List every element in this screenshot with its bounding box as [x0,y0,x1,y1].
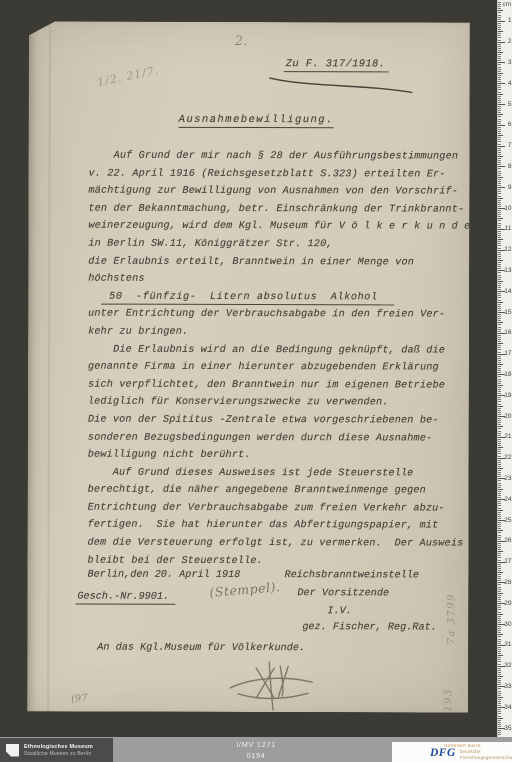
ruler-tick [498,52,503,53]
ruler-tick [498,709,501,710]
ruler-cm-number: 10 [504,205,511,212]
ruler-tick [498,614,503,615]
ruler-tick [498,406,503,407]
ruler-cm-number: 35 [504,725,511,732]
ruler-tick [498,428,501,429]
ruler-tick [498,362,501,363]
ruler-tick [498,108,501,109]
ruler-cm-number: 27 [504,558,511,565]
ruler-tick [498,48,501,49]
ruler-tick [498,659,501,660]
ruler-tick [498,468,503,469]
ruler-tick [498,166,505,167]
ruler-tick [498,732,501,733]
ruler-tick [498,664,501,665]
ruler-tick [498,123,501,124]
ruler-tick [498,206,501,207]
ruler-tick [498,691,501,692]
ruler-tick [498,412,501,413]
ruler-tick [498,560,501,561]
document-line: berechtigt, die näher angegebene Branntw… [88,482,480,501]
dfg-logo-box: Gefördert durch DFG Deutsche Forschungsg… [392,742,512,762]
ruler-tick [498,289,501,290]
ruler-cm-number: 33 [504,683,511,690]
ruler-tick [498,17,501,18]
ruler-tick [498,87,501,88]
ruler-tick [498,385,503,386]
ruler-cm-number: 26 [504,537,511,544]
ruler-tick [498,364,503,365]
ruler-tick [498,524,501,525]
ruler-tick [498,593,503,594]
ruler-tick [498,576,501,577]
ruler-tick [498,422,501,423]
ruler-tick [498,431,501,432]
ruler-tick [498,131,501,132]
ruler-tick [498,127,501,128]
ruler-tick [498,133,501,134]
ruler-tick [498,314,501,315]
ruler-tick [498,535,501,536]
ruler-tick [498,231,501,232]
ruler-tick [498,25,501,26]
ruler-tick [498,202,501,203]
stamp-note: (Stempel). [209,579,281,600]
ruler-tick [498,268,501,269]
museum-name: Ethnologisches Museum [24,744,93,750]
ruler-cm-number: 6 [508,121,512,128]
ruler-tick [498,618,501,619]
ruler-tick [498,15,501,16]
ruler-tick [498,451,501,452]
ruler-tick [498,173,501,174]
ruler-tick [498,655,503,656]
ruler-tick [498,597,501,598]
ruler-tick [498,185,501,186]
ruler-tick [498,668,501,669]
ruler-tick [498,379,501,380]
ruler-tick [498,187,505,188]
ruler-tick [498,574,501,575]
ruler-tick [498,697,503,698]
ruler-tick [498,94,503,95]
ruler-cm-number: 30 [504,621,511,628]
ruler-tick [498,158,501,159]
ruler-tick [498,322,503,323]
ruler-tick [498,237,501,238]
ruler-tick [498,69,501,70]
document-line: Auf Grund dieses Ausweises ist jede Steu… [88,464,480,483]
ruler-tick [498,156,503,157]
ruler-tick [498,424,501,425]
ruler-cm-number: 4 [508,80,512,87]
signer-role: Der Vorsitzende [297,588,389,599]
ruler-tick [498,680,501,681]
ruler-cm-number: 22 [504,454,511,461]
ruler-tick [498,630,501,631]
ruler-tick [498,516,501,517]
ruler-cm-number: 9 [508,184,512,191]
ruler-cm-number: 14 [504,288,511,295]
recipient-line: An das Kgl.Museum für Völkerkunde. [97,643,305,655]
ruler-tick [498,589,501,590]
ruler-tick [498,474,501,475]
ruler-tick [498,722,501,723]
ruler-cm-number: 23 [504,475,511,482]
document-line: höchstens [88,271,480,290]
ruler-tick [498,358,501,359]
ruler-tick [498,164,501,165]
ruler-cm-number: 31 [504,641,511,648]
ruler-tick [498,466,501,467]
ruler-cm-number: 15 [504,309,511,316]
ruler-tick [498,568,501,569]
ruler-tick [498,129,501,130]
ruler-tick [498,445,501,446]
ruler-tick [498,295,501,296]
ruler-tick [498,643,501,644]
ruler-tick [498,510,503,511]
ruler-tick [498,304,501,305]
ruler-tick [498,116,501,117]
ruler-cm-number: 20 [504,413,511,420]
ruler-tick [498,701,501,702]
ruler-tick [498,447,503,448]
document-line: genannte Firma in einer hierunter abzuge… [88,359,480,378]
document-line: Auf Grund der mir nach § 28 der Ausführu… [89,148,481,167]
ruler-tick [498,349,501,350]
ruler-cm-number: 7 [508,142,512,149]
ruler-tick [498,223,501,224]
ruler-tick [498,672,501,673]
ruler-tick [498,401,501,402]
ruler-tick [498,44,501,45]
ruler-tick [498,306,501,307]
ruler-tick [498,181,501,182]
ruler-tick [498,456,501,457]
ruler-tick [498,449,501,450]
ruler-tick [498,198,503,199]
ruler-tick [498,189,501,190]
ruler-tick [498,360,501,361]
pencil-page-number: 2. [235,34,247,49]
ruler-tick [498,112,501,113]
ruler-tick [498,389,501,390]
ruler-tick [498,578,501,579]
ruler-tick [498,487,501,488]
ruler-tick [498,4,501,5]
document-line: sich verpflichtet, den Branntwein nur im… [88,376,480,395]
ruler-tick [498,27,501,28]
ruler-tick [498,196,501,197]
ruler-tick [498,678,501,679]
document-line: Entrichtung der Verbrauchsabgabe zum fre… [88,499,480,518]
ruler-tick [498,193,501,194]
dfg-logo: DFG [430,748,456,759]
ruler-tick [498,233,501,234]
ruler-tick [498,730,501,731]
ruler-tick [498,505,501,506]
ruler-tick [498,144,501,145]
ruler-tick [498,639,501,640]
museum-org: Staatliche Museen zu Berlin [24,751,93,757]
pencil-inventory-number: 7a 3799 [446,579,458,645]
ruler-tick [498,661,501,662]
ruler-tick [498,60,501,61]
ruler-tick [498,310,501,311]
ruler-tick [498,210,501,211]
ruler-tick [498,98,501,99]
ruler-tick [498,703,501,704]
document-line: kehr zu bringen. [88,324,480,343]
ruler-cm-number: 17 [504,350,511,357]
ruler-cm-number: 8 [508,163,512,170]
file-number: Gesch.-Nr.9901. [75,592,175,605]
ruler-tick [498,551,503,552]
ruler-tick [498,599,501,600]
ruler-tick [498,73,503,74]
ruler-cm-number: 34 [504,704,511,711]
ruler-tick [498,42,505,43]
ruler-tick [498,632,501,633]
ruler-tick [498,688,501,689]
ruler-tick [498,383,501,384]
ruler-tick [498,557,501,558]
ruler-cm-number: 13 [504,267,511,274]
fold-crease [47,21,51,711]
ruler-tick [498,283,501,284]
ruler-tick [498,555,501,556]
ruler-tick [498,530,503,531]
ruler-tick [498,335,501,336]
ruler-tick [498,239,503,240]
ruler-tick [498,125,505,126]
ruler-tick [498,381,501,382]
ruler-cm-number: 25 [504,517,511,524]
ruler-tick [498,605,501,606]
ruler-tick [498,547,501,548]
ruler-tick [498,327,501,328]
ruler-tick [498,695,501,696]
issuing-office: Reichsbranntweinstelle [284,570,419,581]
ruler-tick [498,46,501,47]
ruler-tick [498,387,501,388]
ruler-tick [498,716,501,717]
ruler-tick [498,316,501,317]
ruler-tick [498,339,501,340]
ruler-tick [498,110,501,111]
ruler-tick [498,227,501,228]
ruler-tick [498,245,501,246]
ruler-tick [498,699,501,700]
ruler-tick [498,8,501,9]
ruler-tick [498,674,501,675]
document-line: in Berlin SW.11, Königgrätzer Str. 120, [88,236,480,255]
ruler-tick [498,345,501,346]
ruler-tick [498,532,501,533]
ruler-tick [498,318,501,319]
ruler-tick [498,489,503,490]
document-line: ten der Bekanntmachung, betr. Einschränk… [88,200,480,219]
document-title: Ausnahmebewilligung. [179,114,334,128]
pencil-scribble [222,658,327,716]
ruler-tick [498,21,505,22]
ruler-cm-number: 19 [504,392,511,399]
ruler-tick [498,121,501,122]
ruler-tick [498,218,503,219]
ruler-tick [498,300,501,301]
document-line: sonderen Bezugsbedingungen werden durch … [88,429,480,448]
ruler-tick [498,503,501,504]
ruler-tick [498,243,501,244]
ruler-tick [498,464,501,465]
ruler-tick [498,443,501,444]
document-body: Auf Grund der mir nach § 28 der Ausführu… [87,148,480,571]
ruler-tick [498,435,501,436]
document-line: bewilligung nicht berührt. [88,447,480,466]
pencil-number-bottom: 5193 [443,676,455,720]
ruler-tick [498,277,501,278]
ruler-tick [498,670,501,671]
ruler-tick [498,426,503,427]
ruler-tick [498,572,503,573]
ruler-tick [498,441,501,442]
ruler-tick [498,724,501,725]
ruler-tick [498,89,501,90]
ruler-tick [498,370,501,371]
ruler-tick [498,653,501,654]
ruler-tick [498,636,501,637]
ruler-tick [498,152,501,153]
ruler-tick [498,408,501,409]
ruler-tick [498,564,501,565]
ruler-tick [498,114,503,115]
ruler-tick [498,356,501,357]
ruler-tick [498,258,501,259]
scan-viewer: 2. 1/2. 21/7. Zu F. 317/1918. Ausnahmebe… [0,0,512,762]
ruler-tick [498,220,501,221]
ruler-tick [498,254,501,255]
ruler-tick [498,23,501,24]
museum-logo-box: Ethnologisches Museum Staatliche Museen … [0,738,113,762]
ruler-tick [498,40,501,41]
ruler-tick [498,460,501,461]
document-line: fertigen. Sie hat hierunter das Abfertig… [88,517,480,536]
ruler-tick [498,235,501,236]
signature-line: gez. Fischer, Reg.Rat. [302,622,437,633]
ruler-tick [498,58,501,59]
pencil-date-note: 1/2. 21/7. [96,63,160,89]
ruler-tick [498,341,501,342]
ruler-tick [498,584,501,585]
ruler-tick [498,651,501,652]
ruler-cm-number: 24 [504,496,511,503]
ruler-tick [498,260,503,261]
ruler-tick [498,148,501,149]
ruler-tick [498,150,501,151]
ruler-tick [498,275,501,276]
ruler-tick [498,587,501,588]
ruler-tick [498,682,501,683]
ruler-tick [498,256,501,257]
ruler-tick [498,248,501,249]
ruler-tick [498,622,501,623]
document-line: weinerzeugung, wird dem Kgl. Museum für … [88,218,480,237]
ruler-tick [498,607,501,608]
document-line: Die von der Spititus -Zentrale etwa vorg… [88,411,480,430]
ruler-tick [498,2,501,3]
ruler-tick [498,570,501,571]
ruler-tick [498,162,501,163]
ruler-tick [498,501,501,502]
document-line: v. 22. April 1916 (Reichsgesetzblatt S.3… [88,165,480,184]
ruler-tick [498,100,501,101]
place-date: Berlin,den 20. April 1918 [87,570,240,581]
ruler-tick [498,433,501,434]
ruler-tick [498,713,501,714]
ruler-tick [498,514,501,515]
ruler-tick [498,537,501,538]
ruler-cm-number: 12 [504,246,511,253]
ruler-tick [498,404,501,405]
ruler-tick [498,522,501,523]
ruler-tick [498,420,501,421]
ruler-tick [498,480,501,481]
smb-logo-icon [6,744,19,757]
ruler-tick [498,12,501,13]
ruler-tick [498,137,501,138]
ruler-tick [498,29,501,30]
ruler-tick [498,62,505,63]
ruler-tick [498,549,501,550]
ruler-tick [498,92,501,93]
ruler-tick [498,96,501,97]
ruler-cm-number: 1 [508,17,512,24]
ruler-cm-number: 16 [504,329,511,336]
ruler-tick [498,352,501,353]
ruler-tick [498,539,501,540]
ruler-tick [498,612,501,613]
pencil-corner-note: (97 [71,693,89,706]
ruler-tick [498,553,501,554]
ruler-tick [498,191,501,192]
ruler-tick [498,368,501,369]
ruler-tick [498,418,501,419]
ruler-tick [498,595,501,596]
document-line: Die Erlaubnis wird an die Bedingung gekn… [88,341,480,360]
ruler-tick [498,285,501,286]
ruler-tick [498,214,501,215]
ruler-tick [498,35,501,36]
ruler-tick [498,676,503,677]
ruler-tick [498,77,501,78]
ruler-tick [498,135,503,136]
ruler-tick [498,476,501,477]
ruler-tick [498,399,501,400]
ruler-tick [498,119,501,120]
ruler-tick [498,266,501,267]
document-line: 50 -fünfzig- Litern absolutus Alkohol [88,288,480,307]
ruler-tick [498,601,501,602]
ruler-tick [498,85,501,86]
ruler-tick [498,528,501,529]
ruler-tick [498,179,501,180]
ruler-tick [498,649,501,650]
ruler-tick [498,177,503,178]
ruler-tick [498,154,501,155]
ruler-tick [498,711,501,712]
ruler-tick [498,141,501,142]
